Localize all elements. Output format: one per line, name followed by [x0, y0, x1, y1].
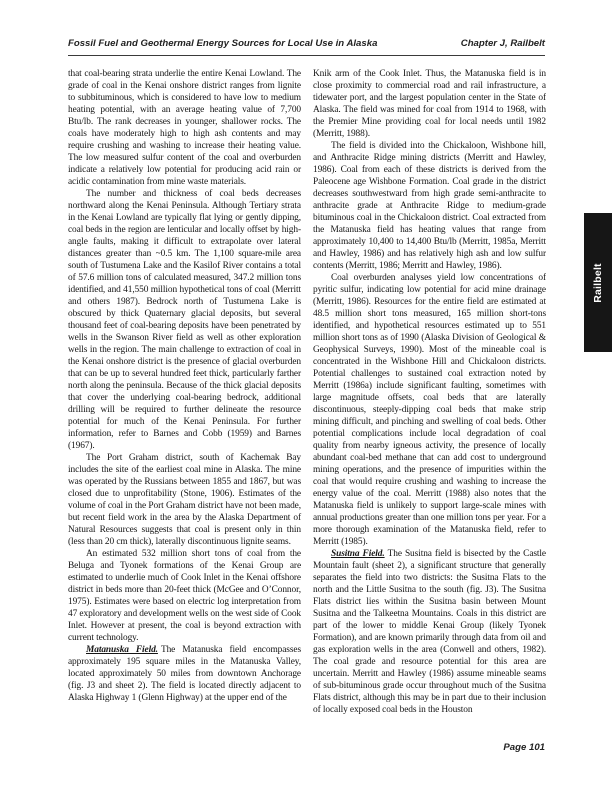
document-page: Fossil Fuel and Geothermal Energy Source…	[0, 0, 612, 792]
paragraph: The Port Graham district, south of Kache…	[68, 452, 301, 548]
paragraph-text: The field is divided into the Chickaloon…	[313, 141, 546, 271]
left-column: that coal-bearing strata underlie the en…	[68, 68, 301, 750]
paragraph-text: Knik arm of the Cook Inlet. Thus, the Ma…	[313, 69, 546, 139]
paragraph: that coal-bearing strata underlie the en…	[68, 68, 301, 188]
paragraph: An estimated 532 million short tons of c…	[68, 548, 301, 644]
paragraph-text: The number and thickness of coal beds de…	[68, 189, 301, 451]
page-footer: Page 101	[503, 742, 545, 753]
running-title: Fossil Fuel and Geothermal Energy Source…	[68, 38, 377, 49]
page-number: Page 101	[503, 742, 545, 753]
page-header: Fossil Fuel and Geothermal Energy Source…	[68, 38, 545, 56]
paragraph-text: The Susitna field is bisected by the Cas…	[313, 549, 546, 715]
paragraph: Knik arm of the Cook Inlet. Thus, the Ma…	[313, 68, 546, 140]
paragraph: The number and thickness of coal beds de…	[68, 188, 301, 452]
paragraph-text: that coal-bearing strata underlie the en…	[68, 69, 301, 187]
chapter-bleed-tab: Railbelt	[584, 213, 612, 352]
paragraph-text: An estimated 532 million short tons of c…	[68, 549, 301, 643]
paragraph: Susitna Field.The Susitna field is bisec…	[313, 548, 546, 716]
body-columns: that coal-bearing strata underlie the en…	[68, 68, 546, 750]
runin-heading: Susitna Field.	[331, 549, 385, 559]
paragraph-text: Coal overburden analyses yield low conce…	[313, 273, 546, 547]
paragraph: Coal overburden analyses yield low conce…	[313, 272, 546, 548]
right-column: Knik arm of the Cook Inlet. Thus, the Ma…	[313, 68, 546, 750]
bleed-tab-label: Railbelt	[592, 263, 604, 303]
runin-heading: Matanuska Field.	[86, 645, 158, 655]
chapter-label: Chapter J, Railbelt	[461, 38, 545, 49]
paragraph: The field is divided into the Chickaloon…	[313, 140, 546, 272]
paragraph: Matanuska Field.The Matanuska field enco…	[68, 644, 301, 704]
paragraph-text: The Port Graham district, south of Kache…	[68, 453, 301, 547]
